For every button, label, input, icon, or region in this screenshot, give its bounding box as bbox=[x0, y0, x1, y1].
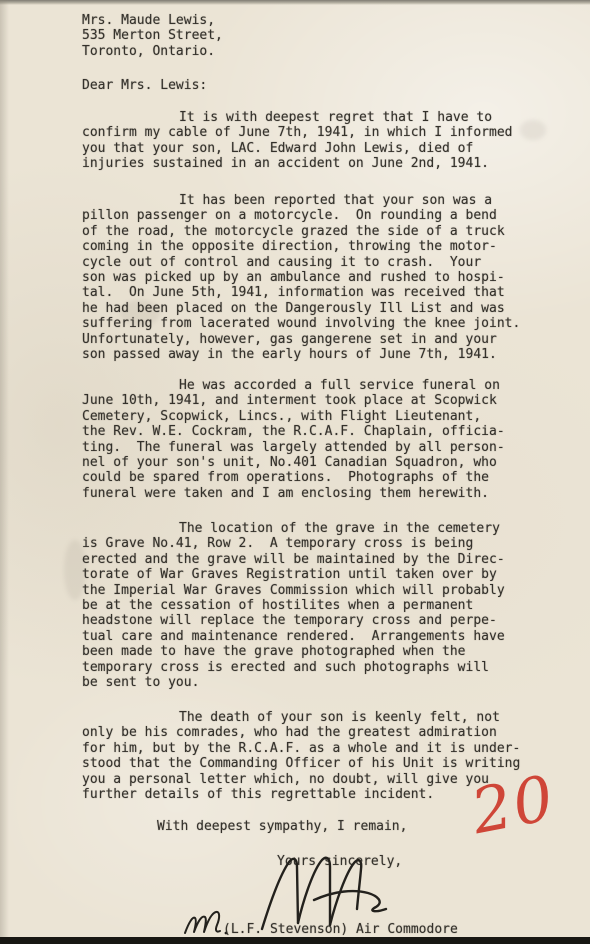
letter-line: temporary cross is erected and such phot… bbox=[82, 660, 552, 675]
letter-line: He was accorded a full service funeral o… bbox=[82, 378, 552, 393]
letter-line: is Grave No.41, Row 2. A temporary cross… bbox=[82, 536, 552, 551]
letter-line: the Rev. W.E. Cockram, the R.C.A.F. Chap… bbox=[82, 424, 552, 439]
letter-line: been made to have the grave photographed… bbox=[82, 644, 552, 659]
letter-line: of the road, the motorcycle grazed the s… bbox=[82, 224, 552, 239]
letter-line: The death of your son is keenly felt, no… bbox=[82, 710, 552, 725]
letter-line: pillon passenger on a motorcycle. On rou… bbox=[82, 208, 552, 223]
letter-line: Mrs. Maude Lewis, bbox=[82, 13, 223, 28]
letter-line: Cemetery, Scopwick, Lincs., with Flight … bbox=[82, 409, 552, 424]
letter-line: Toronto, Ontario. bbox=[82, 44, 223, 59]
paragraph: The location of the grave in the cemeter… bbox=[82, 521, 552, 690]
signed-name: (L.F. Stevenson) Air Commodore bbox=[223, 922, 458, 937]
handwritten-grade-annotation: 20 bbox=[466, 763, 561, 848]
letter-line: son was picked up by an ambulance and ru… bbox=[82, 270, 552, 285]
paragraph: It has been reported that your son was a… bbox=[82, 193, 552, 362]
paragraph: It is with deepest regret that I have to… bbox=[82, 110, 552, 172]
letter-line: injuries sustained in an accident on Jun… bbox=[82, 156, 552, 171]
letter-line: only be his comrades, who had the greate… bbox=[82, 725, 552, 740]
letter-line: be at the cessation of hostilites when a… bbox=[82, 598, 552, 613]
letter-line: you that your son, LAC. Edward John Lewi… bbox=[82, 141, 552, 156]
letter-line: cycle out of control and causing it to c… bbox=[82, 255, 552, 270]
letter-line: Unfortunately, however, gas gangerene se… bbox=[82, 332, 552, 347]
letter-line: It is with deepest regret that I have to bbox=[82, 110, 552, 125]
letter-page: { "letter": { "recipient_lines": [ "Mrs.… bbox=[0, 0, 590, 944]
letter-line: erected and the grave will be maintained… bbox=[82, 552, 552, 567]
letter-line: coming in the opposite direction, throwi… bbox=[82, 239, 552, 254]
recipient-address: Mrs. Maude Lewis,535 Merton Street,Toron… bbox=[82, 13, 223, 59]
letter-line: nel of your son's unit, No.401 Canadian … bbox=[82, 455, 552, 470]
letter-line: be sent to you. bbox=[82, 675, 552, 690]
letter-line: the Imperial War Graves Commission which… bbox=[82, 583, 552, 598]
salutation: Dear Mrs. Lewis: bbox=[82, 78, 207, 93]
page-top-edge bbox=[0, 0, 590, 5]
letter-line: funeral were taken and I am enclosing th… bbox=[82, 486, 552, 501]
letter-line: stood that the Commanding Officer of his… bbox=[82, 756, 552, 771]
letter-line: tal. On June 5th, 1941, information was … bbox=[82, 285, 552, 300]
letter-line: confirm my cable of June 7th, 1941, in w… bbox=[82, 125, 552, 140]
page-left-edge-shadow bbox=[0, 0, 9, 944]
letter-line: for him, but by the R.C.A.F. as a whole … bbox=[82, 741, 552, 756]
paragraph: He was accorded a full service funeral o… bbox=[82, 378, 552, 501]
letter-line: torate of War Graves Registration until … bbox=[82, 567, 552, 582]
letter-line: The location of the grave in the cemeter… bbox=[82, 521, 552, 536]
letter-line: could be spared from operations. Photogr… bbox=[82, 470, 552, 485]
letter-line: 535 Merton Street, bbox=[82, 28, 223, 43]
letter-line: ting. The funeral was largely attended b… bbox=[82, 440, 552, 455]
page-bottom-edge bbox=[0, 937, 590, 944]
sympathy-line: With deepest sympathy, I remain, bbox=[157, 819, 407, 834]
letter-line: tual care and maintenance rendered. Arra… bbox=[82, 629, 552, 644]
letter-line: son passed away in the early hours of Ju… bbox=[82, 347, 552, 362]
letter-line: It has been reported that your son was a bbox=[82, 193, 552, 208]
letter-line: suffering from lacerated wound involving… bbox=[82, 316, 552, 331]
letter-line: June 10th, 1941, and interment took plac… bbox=[82, 393, 552, 408]
letter-line: headstone will replace the temporary cro… bbox=[82, 613, 552, 628]
letter-line: he had been placed on the Dangerously Il… bbox=[82, 301, 552, 316]
